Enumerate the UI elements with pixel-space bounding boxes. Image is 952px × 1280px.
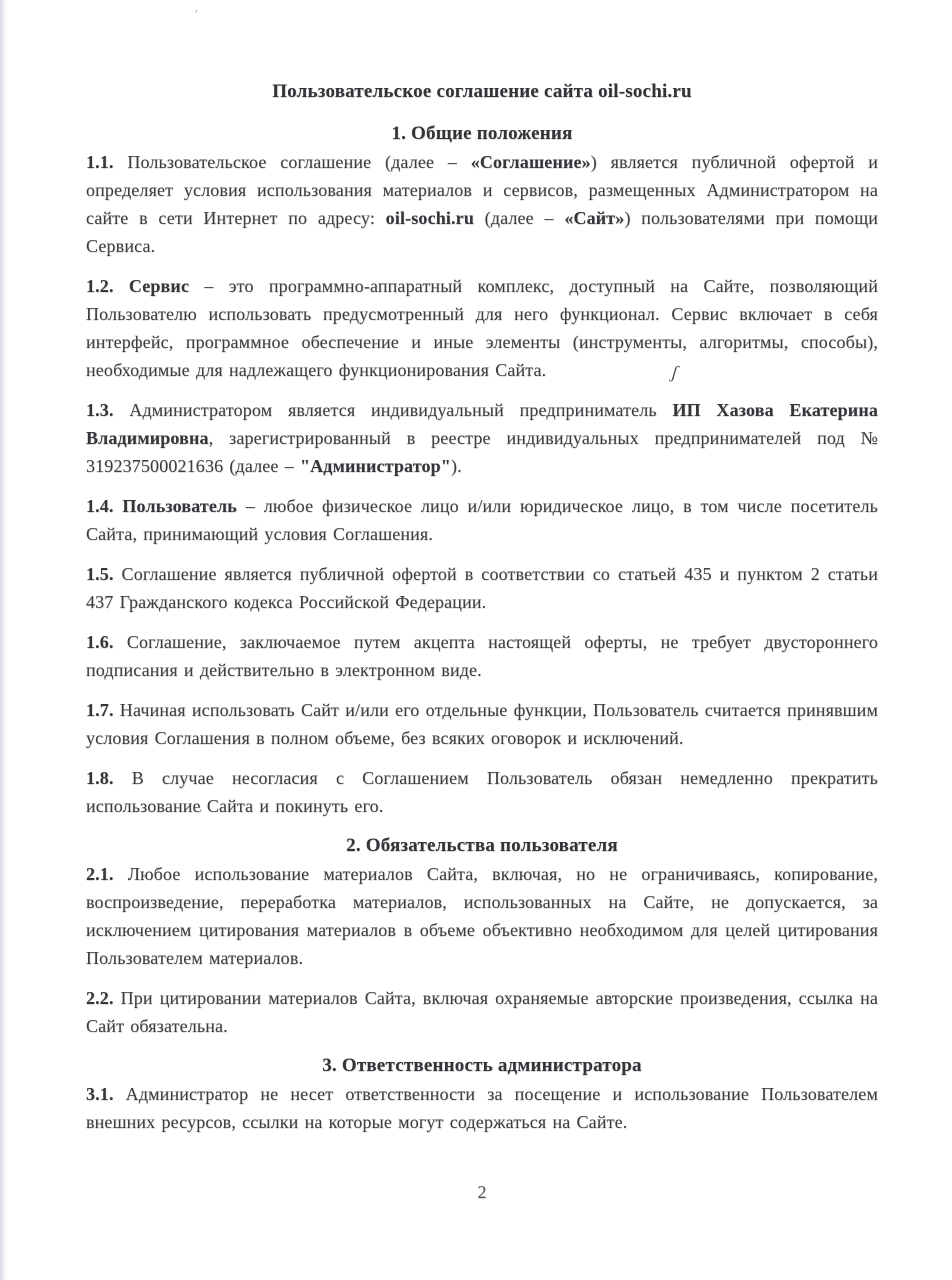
paragraph: 1.2. Сервис – это программно-аппаратный … — [86, 272, 878, 384]
paragraph-text-run: – это программно-аппаратный комплекс, до… — [86, 276, 878, 380]
paragraph-text-run: ). — [451, 456, 462, 476]
section-heading-2: 2. Обязательства пользователя — [86, 832, 878, 860]
scan-artifact-mark-top: ʼ — [191, 8, 199, 25]
paragraph-text-run: В случае несогласия с Соглашением Пользо… — [86, 768, 878, 816]
paragraph-bold-run: 2.1. — [86, 864, 114, 884]
paragraph-bold-run: «Соглашение» — [471, 152, 591, 172]
section-heading-1: 1. Общие положения — [86, 120, 878, 148]
paragraph-bold-run: 3.1. — [86, 1084, 114, 1104]
paragraph-bold-run: 1.6. — [86, 632, 114, 652]
paragraph: 2.1. Любое использование материалов Сайт… — [86, 860, 878, 972]
document-body: 1. Общие положения1.1. Пользовательское … — [86, 120, 878, 1136]
paragraph: 1.3. Администратором является индивидуал… — [86, 396, 878, 480]
paragraph-bold-run: 1.3. — [86, 400, 114, 420]
paragraph-bold-run: 1.2. Сервис — [86, 276, 189, 296]
paragraph: 2.2. При цитировании материалов Сайта, в… — [86, 984, 878, 1040]
paragraph-bold-run: oil-sochi.ru — [386, 208, 474, 228]
document-title: Пользовательское соглашение сайта oil-so… — [86, 78, 878, 106]
paragraph-bold-run: 1.4. Пользователь — [86, 496, 237, 516]
paragraph-text-run: Любое использование материалов Сайта, вк… — [86, 864, 878, 968]
paragraph-bold-run: 1.5. — [86, 564, 114, 584]
paragraph-text-run: Пользовательское соглашение (далее – — [114, 152, 471, 172]
paragraph-text-run: Соглашение является публичной офертой в … — [86, 564, 878, 612]
paragraph-text-run: Соглашение, заключаемое путем акцепта на… — [86, 632, 878, 680]
section-heading-3: 3. Ответственность администратора — [86, 1052, 878, 1080]
paragraph-bold-run: 1.8. — [86, 768, 114, 788]
paragraph-text-run: При цитировании материалов Сайта, включа… — [86, 988, 878, 1036]
scan-edge-shadow — [0, 0, 7, 1280]
paragraph-text-run: Начиная использовать Сайт и/или его отде… — [86, 700, 878, 748]
paragraph-bold-run: «Сайт» — [564, 208, 624, 228]
paragraph: 1.1. Пользовательское соглашение (далее … — [86, 148, 878, 260]
paragraph-text-run: Администратором является индивидуальный … — [114, 400, 673, 420]
paragraph-text-run: (далее – — [474, 208, 564, 228]
paragraph-bold-run: 2.2. — [86, 988, 114, 1008]
paragraph: 1.4. Пользователь – любое физическое лиц… — [86, 492, 878, 548]
paragraph-text-run: Администратор не несет ответственности з… — [86, 1084, 878, 1132]
paragraph: 1.5. Соглашение является публичной оферт… — [86, 560, 878, 616]
scanned-document-page: ʼ ʃ ʼ Пользовательское соглашение сайта … — [0, 0, 952, 1280]
page-number: 2 — [86, 1178, 878, 1206]
paragraph-bold-run: 1.1. — [86, 152, 114, 172]
paragraph: 1.8. В случае несогласия с Соглашением П… — [86, 764, 878, 820]
paragraph: 1.6. Соглашение, заключаемое путем акцеп… — [86, 628, 878, 684]
paragraph: 3.1. Администратор не несет ответственно… — [86, 1080, 878, 1136]
paragraph-bold-run: 1.7. — [86, 700, 114, 720]
paragraph-bold-run: "Администратор" — [300, 456, 451, 476]
paragraph: 1.7. Начиная использовать Сайт и/или его… — [86, 696, 878, 752]
